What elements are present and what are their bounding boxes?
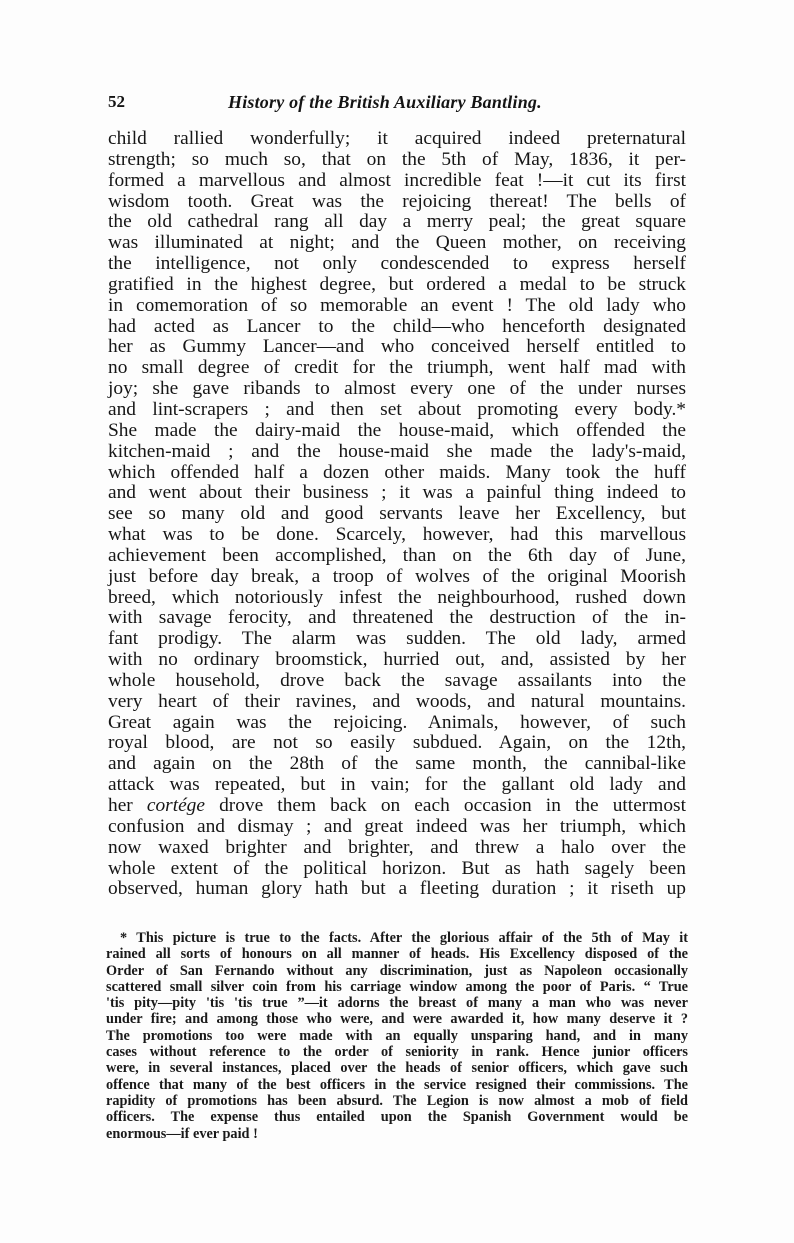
text-line: and lint-scrapers ; and then set about p… — [108, 400, 686, 421]
footnote-line: * This picture is true to the facts. Aft… — [106, 930, 688, 946]
page-number: 52 — [108, 92, 125, 112]
book-page: 52 History of the British Auxiliary Bant… — [0, 0, 794, 1243]
text-line: very heart of their ravines, and woods, … — [108, 692, 686, 713]
italic-word: cortége — [147, 795, 205, 816]
text-line: whole extent of the political horizon. B… — [108, 859, 686, 880]
text-line: with no ordinary broomstick, hurried out… — [108, 650, 686, 671]
text-line: observed, human glory hath but a fleetin… — [108, 879, 686, 900]
text-line: attack was repeated, but in vain; for th… — [108, 775, 686, 796]
text-line: and again on the 28th of the same month,… — [108, 754, 686, 775]
text-line: which offended half a dozen other maids.… — [108, 463, 686, 484]
footnote-line: officers. The expense thus entailed upon… — [106, 1109, 688, 1125]
footnote-line: were, in several instances, placed over … — [106, 1060, 688, 1076]
running-title: History of the British Auxiliary Bantlin… — [228, 92, 542, 113]
text-fragment: her — [108, 795, 133, 816]
text-line: was illuminated at night; and the Queen … — [108, 233, 686, 254]
text-line: no small degree of credit for the triump… — [108, 358, 686, 379]
text-line: and went about their business ; it was a… — [108, 483, 686, 504]
text-line: breed, which notoriously infest the neig… — [108, 588, 686, 609]
text-line: kitchen-maid ; and the house-maid she ma… — [108, 442, 686, 463]
text-line: achievement been accomplished, than on t… — [108, 546, 686, 567]
text-line: see so many old and good servants leave … — [108, 504, 686, 525]
text-line: what was to be done. Scarcely, however, … — [108, 525, 686, 546]
text-line: whole household, drove back the savage a… — [108, 671, 686, 692]
footnote-line: 'tis pity—pity 'tis 'tis true ”—it adorn… — [106, 995, 688, 1011]
text-line: fant prodigy. The alarm was sudden. The … — [108, 629, 686, 650]
text-line: the old cathedral rang all day a merry p… — [108, 212, 686, 233]
body-text: child rallied wonderfully; it acquired i… — [108, 129, 686, 900]
text-line: just before day break, a troop of wolves… — [108, 567, 686, 588]
footnote-line: enormous—if ever paid ! — [106, 1126, 688, 1142]
page-header: 52 History of the British Auxiliary Bant… — [108, 92, 686, 116]
text-line: strength; so much so, that on the 5th of… — [108, 150, 686, 171]
text-line: joy; she gave ribands to almost every on… — [108, 379, 686, 400]
text-line: She made the dairy-maid the house-maid, … — [108, 421, 686, 442]
footnote-marker: * — [120, 930, 127, 946]
text-line: her as Gummy Lancer—and who conceived he… — [108, 337, 686, 358]
text-line: with savage ferocity, and threatened the… — [108, 608, 686, 629]
footnote-line: Order of San Fernando without any discri… — [106, 963, 688, 979]
text-line-with-italic: her cortége drove them back on each occa… — [108, 796, 686, 817]
text-line: in comemoration of so memorable an event… — [108, 296, 686, 317]
footnote-line: offence that many of the best officers i… — [106, 1077, 688, 1093]
text-line: confusion and dismay ; and great indeed … — [108, 817, 686, 838]
footnote-line: under fire; and among those who were, an… — [106, 1011, 688, 1027]
footnote-line: rained all sorts of honours on all manne… — [106, 946, 688, 962]
footnote-text: This picture is true to the facts. After… — [136, 930, 688, 946]
text-line: had acted as Lancer to the child—who hen… — [108, 317, 686, 338]
footnote-line: The promotions too were made with an equ… — [106, 1028, 688, 1044]
text-fragment: drove them back on each occasion in the … — [219, 795, 686, 816]
footnote: * This picture is true to the facts. Aft… — [106, 930, 688, 1142]
text-line: Great again was the rejoicing. Animals, … — [108, 713, 686, 734]
text-line: formed a marvellous and almost incredibl… — [108, 171, 686, 192]
footnote-line: rapidity of promotions has been absurd. … — [106, 1093, 688, 1109]
text-line: royal blood, are not so easily subdued. … — [108, 733, 686, 754]
text-line: gratified in the highest degree, but ord… — [108, 275, 686, 296]
footnote-line: scattered small silver coin from his car… — [106, 979, 688, 995]
text-line: now waxed brighter and brighter, and thr… — [108, 838, 686, 859]
text-line: the intelligence, not only condescended … — [108, 254, 686, 275]
text-line: wisdom tooth. Great was the rejoicing th… — [108, 192, 686, 213]
text-line: child rallied wonderfully; it acquired i… — [108, 129, 686, 150]
footnote-line: cases without reference to the order of … — [106, 1044, 688, 1060]
